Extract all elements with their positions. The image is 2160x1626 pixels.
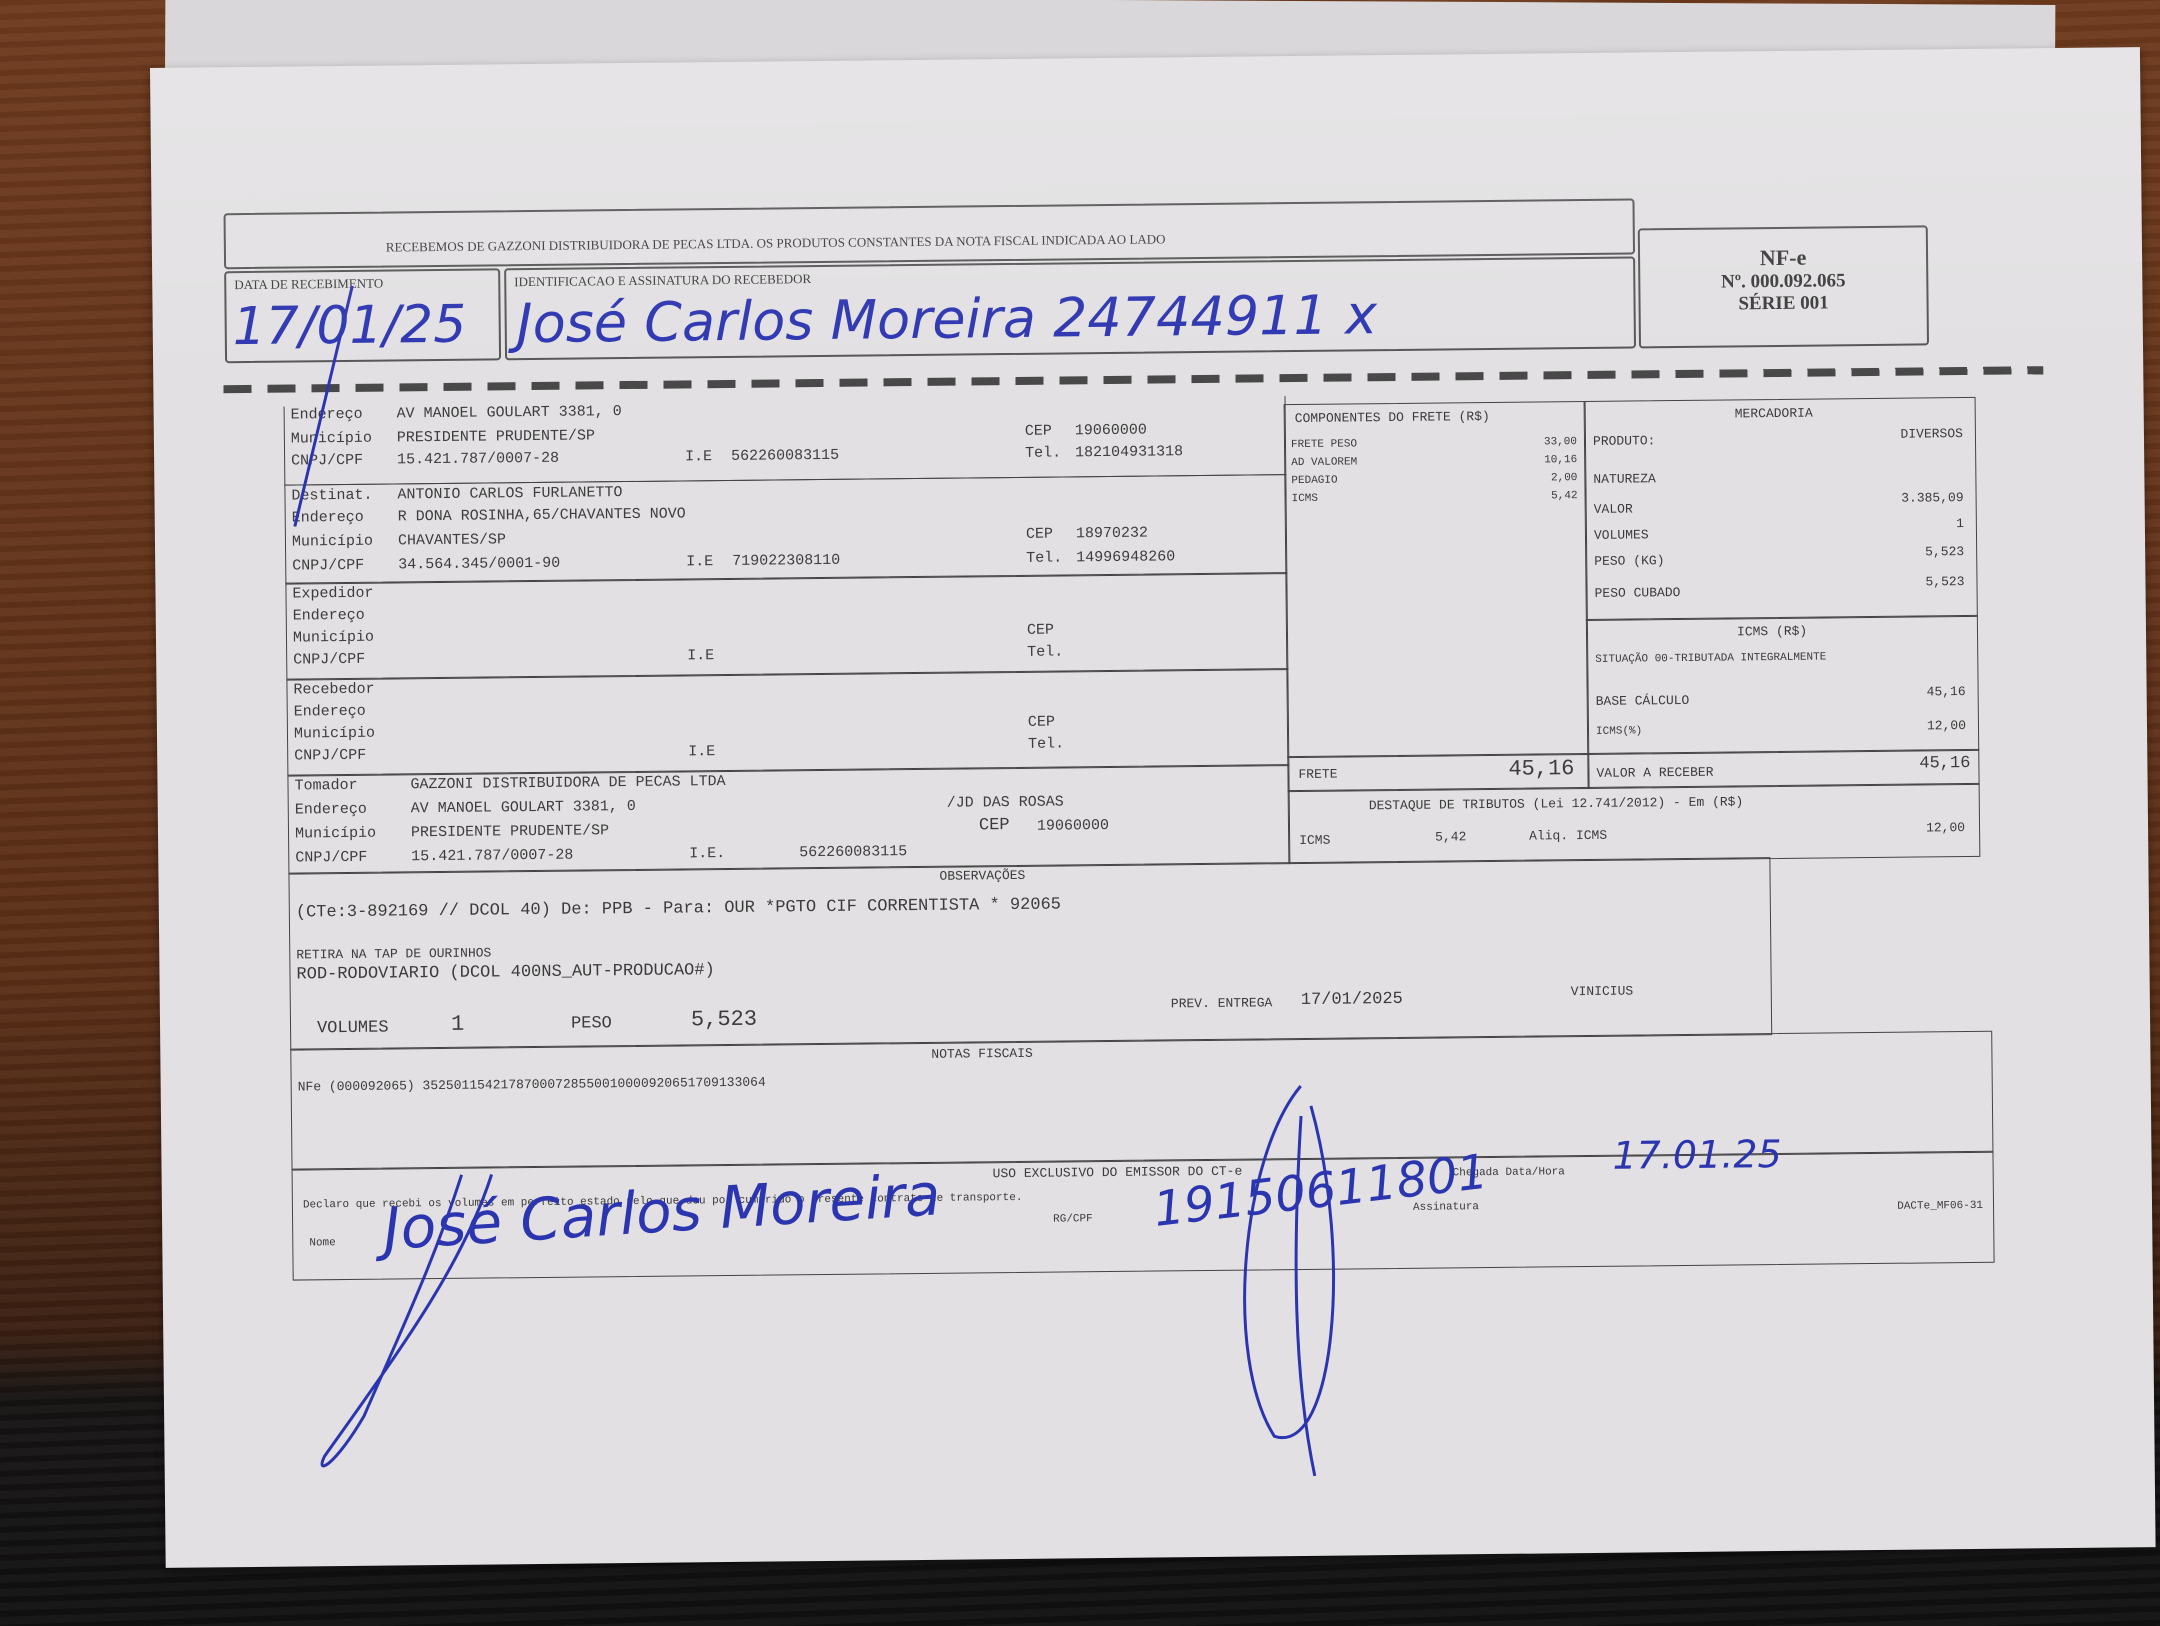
stub-id-box: IDENTIFICACAO E ASSINATURA DO RECEBEDOR …	[504, 256, 1636, 360]
stub-statement: RECEBEMOS DE GAZZONI DISTRIBUIDORA DE PE…	[386, 231, 1166, 255]
dacte-document-sheet: RECEBEMOS DE GAZZONI DISTRIBUIDORA DE PE…	[150, 47, 2156, 1568]
nfe-title: NF-e	[1640, 243, 1926, 272]
nfe-number: Nº. 000.092.065	[1640, 269, 1926, 294]
nfe-number-box: NF-e Nº. 000.092.065 SÉRIE 001	[1638, 225, 1929, 348]
handwritten-receiver-id: José Carlos Moreira 24744911 x	[516, 283, 1377, 355]
signature-strokes	[150, 47, 2156, 1568]
stub-statement-box: RECEBEMOS DE GAZZONI DISTRIBUIDORA DE PE…	[224, 198, 1636, 269]
receipt-stub: RECEBEMOS DE GAZZONI DISTRIBUIDORA DE PE…	[224, 195, 1926, 385]
nfe-serie: SÉRIE 001	[1640, 291, 1926, 316]
stub-id-label: IDENTIFICACAO E ASSINATURA DO RECEBEDOR	[514, 271, 811, 290]
stub-date-label: DATA DE RECEBIMENTO	[234, 276, 383, 294]
stub-date-box: DATA DE RECEBIMENTO 17/01/25	[224, 268, 501, 363]
pen-stroke-icon	[292, 286, 355, 527]
handwritten-date: 17/01/25	[232, 295, 466, 357]
